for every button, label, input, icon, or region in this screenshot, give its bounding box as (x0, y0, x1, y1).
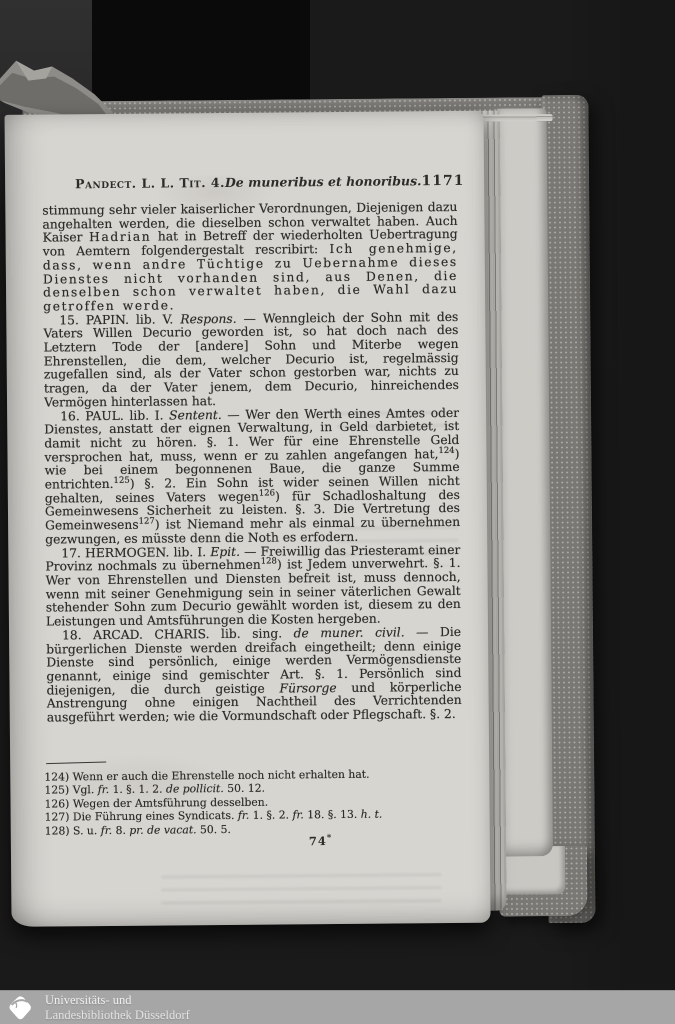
footnotes-block: 124) Wenn er auch die Ehrenstelle noch n… (44, 767, 460, 838)
paragraph: 16. PAUL. lib. I. Sentent. — Wer den Wer… (44, 406, 460, 547)
library-name: Universitäts- und Landesbibliothek Düsse… (45, 993, 190, 1023)
library-name-line2: Landesbibliothek Düsseldorf (45, 1008, 190, 1023)
signature-sup: * (327, 833, 332, 843)
header-title-latin: De muneribus et honoribus. (225, 173, 422, 190)
paragraph: 17. HERMOGEN. lib. I. Epit. — Freiwillig… (45, 544, 461, 630)
library-name-line1: Universitäts- und (45, 993, 190, 1008)
page-number: 1171 (421, 173, 464, 189)
footnote-separator (46, 762, 106, 765)
signature-mark: 74* (309, 834, 332, 848)
library-logo-icon (7, 995, 33, 1021)
library-banner: Universitäts- und Landesbibliothek Düsse… (0, 990, 675, 1024)
signature-number: 74 (309, 834, 327, 848)
paragraph: 15. PAPIN. lib. V. Respons. — Wenngleich… (43, 311, 459, 411)
bleed-through-artifact (161, 873, 441, 905)
header-title-left: Pandect. L. L. Tit. 4. (75, 175, 225, 191)
running-header: Pandect. L. L. Tit. 4. De muneribus et h… (75, 173, 414, 192)
book-page: Pandect. L. L. Tit. 4. De muneribus et h… (5, 111, 491, 927)
paragraph: stimmung sehr vieler kaiserlicher Verord… (42, 201, 458, 314)
paragraph: 18. ARCAD. CHARIS. lib. sing. de muner. … (46, 626, 462, 726)
footnote: 128) S. u. fr. 8. pr. de vacat. 50. 5. (45, 821, 460, 838)
scanned-book-photo: Pandect. L. L. Tit. 4. De muneribus et h… (0, 0, 675, 1024)
body-text-column: stimmung sehr vieler kaiserlicher Verord… (42, 201, 462, 725)
book: Pandect. L. L. Tit. 4. De muneribus et h… (0, 0, 675, 1024)
